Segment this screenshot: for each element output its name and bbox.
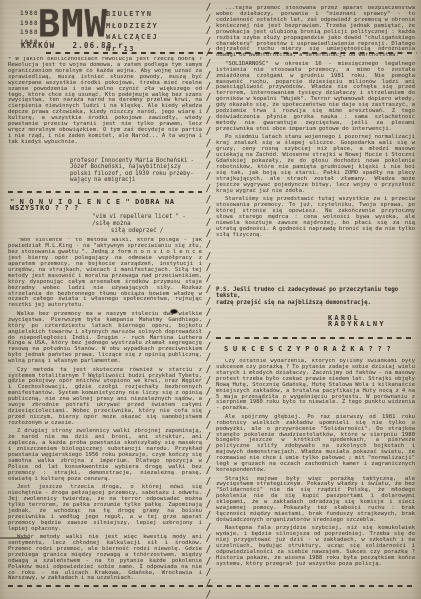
body-paragraph: "SOLIDARNOŚĆ" w okresie 16 - miesięczneg… (216, 62, 415, 133)
revolution-quote: * W jakich okolicznościach rewolucja jes… (8, 57, 202, 153)
bmw-logo: BMW (38, 2, 108, 46)
article-latin-subtitle: "vim vi repellere licet " - /siłę można … (92, 214, 202, 234)
section-dashed-rule (8, 191, 202, 193)
body-paragraph: Staraliśmy się przedstawić tutaj wszystk… (216, 197, 415, 238)
scan-line-artifact (0, 537, 30, 539)
city-dateline: KRAKÓW 2.06.88 r. (21, 41, 130, 50)
article-body: "Non violence " to metoda walki, która p… (8, 238, 202, 583)
body-paragraph: "Non violence " to metoda walki, która p… (8, 238, 202, 309)
scanned-bulletin-page: 1988 1988 1988 1988 BMW BIULETYN MŁODZIE… (0, 0, 421, 599)
body-paragraph: Z drugiej strony zwolennicy walki zbrojn… (8, 429, 202, 482)
body-paragraph: Strajki majowe były więc porażką taktycz… (216, 477, 415, 524)
section-dashed-rule (216, 337, 415, 339)
body-paragraph: Walka bez przemocy ma w naszym stuleciu … (8, 312, 202, 365)
article-continuation: ...tajna przemoc stosowana przez aparat … (216, 6, 415, 284)
body-paragraph: Po siedmiu latach stanu wojennego i pozo… (216, 135, 415, 194)
body-paragraph: Następna fala przyjdzie szybciej, niż si… (216, 526, 415, 567)
postscript-note: P.S. Jeśli trudno ci zadecydować po prze… (216, 287, 415, 306)
body-paragraph: ...tajna przemoc stosowana przez aparat … (216, 6, 415, 59)
footer-dashed-rule (8, 585, 415, 587)
body-paragraph: Jest jeszcze trzecia droga, o której mów… (8, 485, 202, 532)
body-paragraph: Ale spójrzmy głębiej. Po raz pierwszy od… (216, 415, 415, 474)
logo-year-row: 1988 (20, 28, 38, 38)
bulletin-title-line: BIULETYN (106, 9, 158, 21)
column-divider: / / / / / / / / / / / / / / / / / / / / … (202, 2, 215, 599)
bulletin-title-line: MŁODZIEŻY (106, 21, 158, 33)
quote-attribution: profesor Innocenty Maria Bocheński - Józ… (70, 158, 198, 184)
body-paragraph: Czy metoda ta jest skuteczna również w s… (8, 368, 202, 427)
left-column: * W jakich okolicznościach rewolucja jes… (8, 57, 202, 583)
logo-year-row: 1988 (20, 19, 38, 29)
logo-year-row: 1988 (20, 9, 38, 19)
author-signature: KAROL RADYKALNY (328, 316, 415, 328)
ink-blot-artifact (170, 309, 178, 314)
right-column: ...tajna przemoc stosowana przez aparat … (216, 6, 415, 583)
body-paragraph: Czy ostatnie wydarzenia, których byliśmy… (216, 359, 415, 412)
article-title-sukces: S U K C E S C Z Y P O R A Ż K A ? ? ? (224, 347, 415, 353)
article-title-non-violence: " N O N V I O L E N C E " DOBRA NA WSZYS… (10, 200, 202, 212)
article-body: Czy ostatnie wydarzenia, których byliśmy… (216, 359, 415, 583)
body-paragraph: Wybór metody walki nie jest więc kwestią… (8, 535, 202, 582)
